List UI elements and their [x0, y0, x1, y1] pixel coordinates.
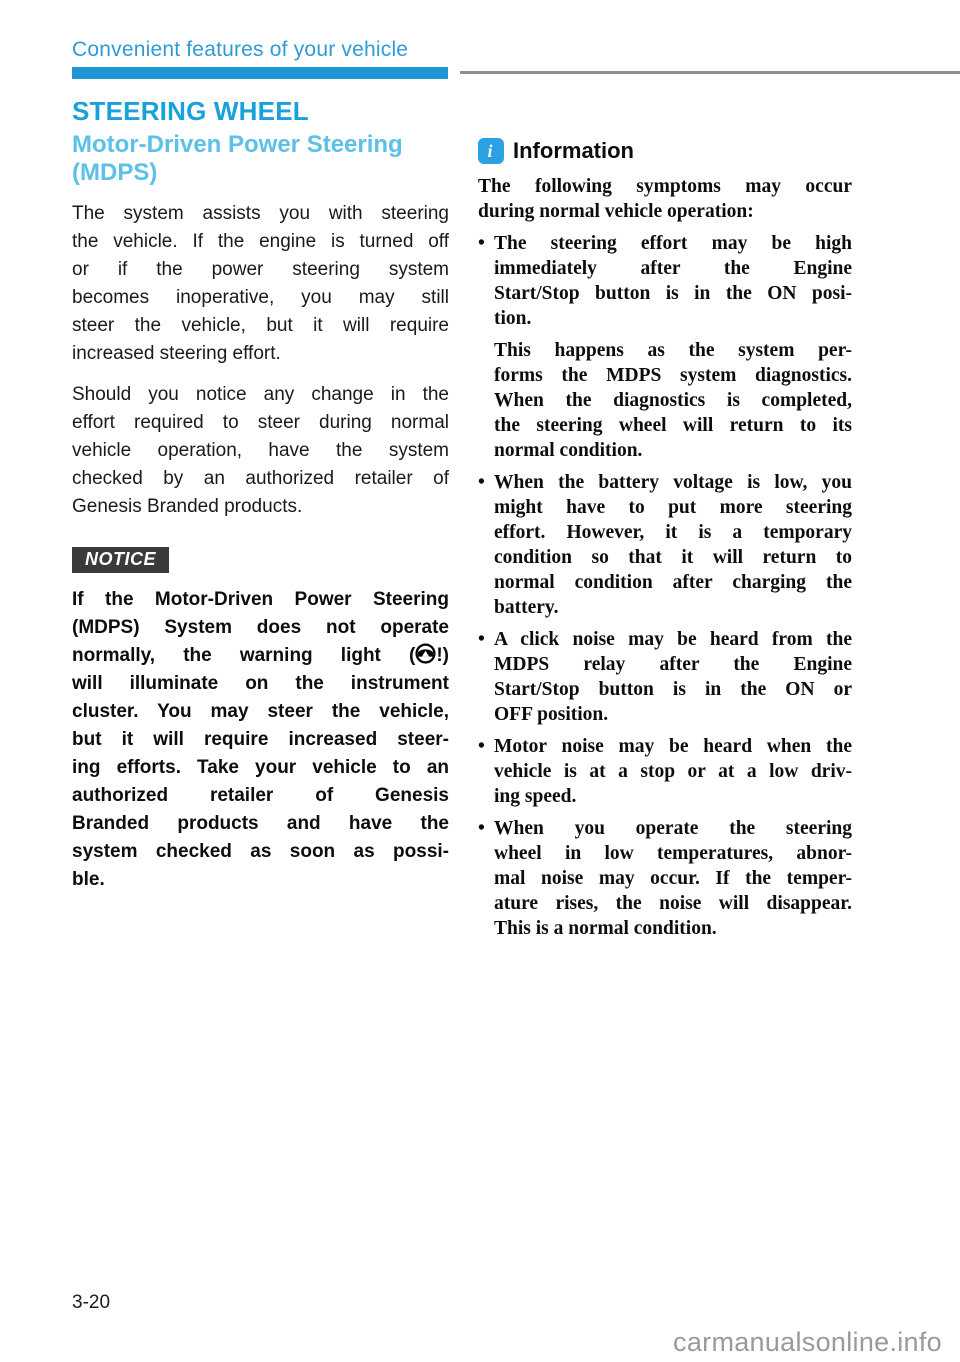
info-icon: i	[478, 138, 504, 164]
bullet-text: A click noise may be heard from theMDPS …	[494, 627, 852, 727]
info-bullet-1: • The steering effort may be highimmedia…	[478, 231, 852, 331]
text-line: This happens as the system per-	[494, 338, 852, 363]
chapter-header: Convenient features of your vehicle	[72, 38, 408, 62]
notice-badge: NOTICE	[72, 547, 169, 573]
text-line: The steering effort may be high	[494, 231, 852, 256]
bullet-text: Motor noise may be heard when thevehicle…	[494, 734, 852, 809]
header-accent-bar	[72, 67, 448, 79]
bullet-marker: •	[478, 470, 494, 620]
information-title: Information	[513, 138, 634, 164]
bullet-marker: •	[478, 627, 494, 727]
text-line: will illuminate on the instrument	[72, 670, 449, 698]
text-line: If the Motor-Driven Power Steering	[72, 586, 449, 614]
info-bullet-1-continuation: This happens as the system per-forms the…	[494, 338, 852, 463]
text-line: A click noise may be heard from the	[494, 627, 852, 652]
text-line: but it will require increased steer-	[72, 726, 449, 754]
notice-lines-top: If the Motor-Driven Power Steering(MDPS)…	[72, 586, 449, 642]
text-line: When you operate the steering	[494, 816, 852, 841]
paragraph: Should you notice any change in theeffor…	[72, 381, 449, 521]
bullet-text: When the battery voltage is low, youmigh…	[494, 470, 852, 620]
subsection-title: Motor-Driven Power Steering (MDPS)	[72, 131, 449, 187]
left-column: STEERING WHEEL Motor-Driven Power Steeri…	[72, 96, 449, 894]
text-line: (MDPS) System does not operate	[72, 614, 449, 642]
text-line: cluster. You may steer the vehicle,	[72, 698, 449, 726]
text-line: ing speed.	[494, 784, 852, 809]
text-line: effort required to steer during normal	[72, 409, 449, 437]
right-column: i Information The following symptoms may…	[478, 138, 852, 941]
text-line: checked by an authorized retailer of	[72, 465, 449, 493]
text-line: immediately after the Engine	[494, 256, 852, 281]
text-line: Motor noise may be heard when the	[494, 734, 852, 759]
notice-paragraph: If the Motor-Driven Power Steering(MDPS)…	[72, 586, 449, 894]
notice-icon-line-after: !)	[436, 645, 449, 666]
information-header: i Information	[478, 138, 852, 164]
text-line: Start/Stop button is in the ON posi-	[494, 281, 852, 306]
paragraph: The system assists you with steeringthe …	[72, 200, 449, 368]
text-line: might have to put more steering	[494, 495, 852, 520]
text-line: normal condition.	[494, 438, 852, 463]
notice-icon-line: normally, the warning light ( !)	[72, 642, 449, 670]
text-line: system checked as soon as possi-	[72, 838, 449, 866]
text-line: This is a normal condition.	[494, 916, 852, 941]
header-rule	[460, 71, 960, 74]
text-line: mal noise may occur. If the temper-	[494, 866, 852, 891]
text-line: or if the power steering system	[72, 256, 449, 284]
text-line: forms the MDPS system diagnostics.	[494, 363, 852, 388]
text-line: When the diagnostics is completed,	[494, 388, 852, 413]
text-line: Branded products and have the	[72, 810, 449, 838]
text-line: vehicle is at a stop or at a low driv-	[494, 759, 852, 784]
text-line: wheel in low temperatures, abnor-	[494, 841, 852, 866]
text-line: effort. However, it is a temporary	[494, 520, 852, 545]
info-intro: The following symptoms may occurduring n…	[478, 174, 852, 224]
bullet-text: When you operate the steeringwheel in lo…	[494, 816, 852, 941]
text-line: becomes inoperative, you may still	[72, 284, 449, 312]
text-line: The system assists you with steering	[72, 200, 449, 228]
notice-icon-line-before: normally, the warning light (	[72, 645, 415, 666]
text-line: The following symptoms may occur	[478, 174, 852, 199]
text-line: during normal vehicle operation:	[478, 199, 852, 224]
text-line: authorized retailer of Genesis	[72, 782, 449, 810]
text-line: the steering wheel will return to its	[494, 413, 852, 438]
bullet-marker: •	[478, 816, 494, 941]
info-bullet-2: • When the battery voltage is low, youmi…	[478, 470, 852, 620]
text-line: tion.	[494, 306, 852, 331]
text-line: When the battery voltage is low, you	[494, 470, 852, 495]
text-line: the vehicle. If the engine is turned off	[72, 228, 449, 256]
text-line: MDPS relay after the Engine	[494, 652, 852, 677]
notice-lines-bottom: will illuminate on the instrumentcluster…	[72, 670, 449, 894]
text-line: Should you notice any change in the	[72, 381, 449, 409]
text-line: normal condition after charging the	[494, 570, 852, 595]
bullet-marker: •	[478, 734, 494, 809]
bullet-marker: •	[478, 231, 494, 331]
manual-page: Convenient features of your vehicle STEE…	[0, 0, 960, 1362]
text-line: Genesis Branded products.	[72, 493, 449, 521]
info-bullet-5: • When you operate the steeringwheel in …	[478, 816, 852, 941]
watermark-text: carmanualsonline.info	[673, 1327, 942, 1358]
section-title: STEERING WHEEL	[72, 96, 449, 126]
bullet-text: The steering effort may be highimmediate…	[494, 231, 852, 331]
text-line: steer the vehicle, but it will require	[72, 312, 449, 340]
info-bullet-3: • A click noise may be heard from theMDP…	[478, 627, 852, 727]
text-line: condition so that it will return to	[494, 545, 852, 570]
text-line: OFF position.	[494, 702, 852, 727]
text-line: ing efforts. Take your vehicle to an	[72, 754, 449, 782]
text-line: Start/Stop button is in the ON or	[494, 677, 852, 702]
page-number: 3-20	[72, 1292, 110, 1314]
text-line: ble.	[72, 866, 449, 894]
text-line: ature rises, the noise will disappear.	[494, 891, 852, 916]
steering-warning-light-icon	[415, 643, 436, 664]
text-line: vehicle operation, have the system	[72, 437, 449, 465]
text-line: battery.	[494, 595, 852, 620]
info-bullet-4: • Motor noise may be heard when thevehic…	[478, 734, 852, 809]
text-line: increased steering effort.	[72, 340, 449, 368]
